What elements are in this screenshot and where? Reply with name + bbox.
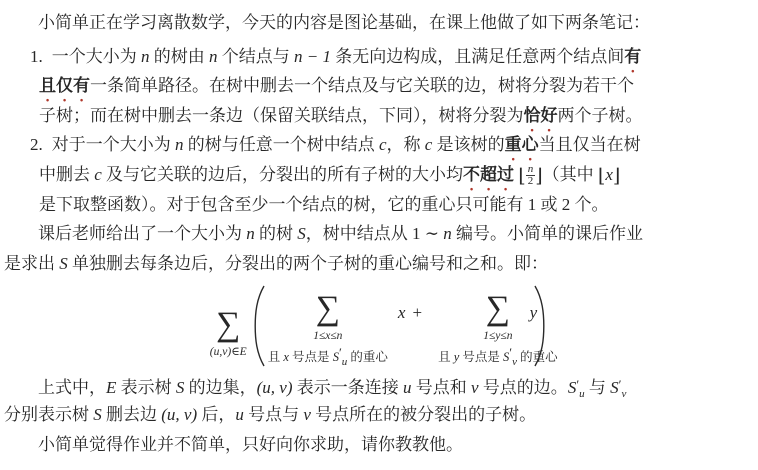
sigma-symbol: ∑ (216, 308, 240, 342)
text-run: 条无向边构成，且满足任意两个结点间 (331, 47, 624, 66)
math-var: S (93, 405, 102, 424)
big-right-paren (533, 284, 548, 368)
floor-bracket-close: ⌋ (613, 166, 620, 187)
text-run: 后， (197, 405, 235, 424)
text-run: 对于一个大小为 (52, 135, 175, 154)
text-run: 与 (585, 378, 611, 397)
text-run: 编号。小简单的课后作业 (452, 224, 643, 243)
text-run: 课后老师给出了一个大小为 (38, 224, 246, 243)
para3-line1: 上式中，E 表示树 S 的边集，(u, v) 表示一条连接 u 号点和 v 号点… (0, 370, 758, 400)
text-run: 是该树的 (432, 135, 504, 154)
note2-line1: 2.对于一个大小为 n 的树与任意一个树中结点 c，称 c 是该树的重心当且仅当… (0, 130, 758, 160)
text-run: 且 (438, 350, 454, 364)
math-expr: (u, v) (161, 405, 197, 424)
math-var: S (59, 254, 68, 273)
text-run: 号点与 (244, 405, 304, 424)
text-run: （其中 (543, 165, 598, 184)
emphasized-term: 且仅有 (39, 76, 90, 95)
text-run: 分别表示树 (4, 405, 93, 424)
text-run: 及与它关联的边后，分裂出的所有子树的大小均 (102, 165, 463, 184)
outer-sum-limits: (u,v)∈E (210, 345, 247, 359)
note1-line1: 1.一个大小为 n 的树由 n 个结点与 n − 1 条无向边构成，且满足任意两… (0, 42, 758, 72)
text-run: 表示树 (116, 378, 176, 397)
plus-operator: + (412, 302, 422, 323)
text-run: 一条简单路径。在树中删去一个结点及与它关联的边，树将分裂为若干个 (90, 76, 634, 95)
text-run: 上式中， (38, 378, 106, 397)
text-run: 是下取整函数）。对于包含至少一个结点的树，它的重心只可能有 1 或 2 个。 (39, 195, 609, 214)
text-run: 号点是 (459, 350, 503, 364)
big-left-paren (251, 284, 266, 368)
math-var: u (235, 405, 244, 424)
sigma-symbol: ∑ (486, 292, 510, 326)
intro-paragraph: 小简单正在学习离散数学，今天的内容是图论基础，在课上他做了如下两条笔记： (0, 8, 758, 38)
text-run: ，树中结点从 1 ∼ (306, 224, 444, 243)
text-run: 一个大小为 (52, 47, 141, 66)
math-var: n (141, 47, 150, 66)
list-number: 2. (30, 135, 43, 154)
emphasized-term: 不超过 (463, 165, 514, 184)
math-var: v (303, 405, 311, 424)
math-var: S (297, 224, 306, 243)
math-var: c (379, 135, 387, 154)
text-run: 号点是 (289, 350, 333, 364)
sigma-symbol: ∑ (316, 292, 340, 326)
note1-line2: 且仅有一条简单路径。在树中删去一个结点及与它关联的边，树将分裂为若干个 (0, 71, 758, 101)
emphasized-term: 有 (624, 47, 641, 66)
text-run: 子树；而在树中删去一条边（保留关联结点，下同），树将分裂为 (39, 106, 524, 125)
math-expr: (u, v) (257, 378, 293, 397)
text-run: 且 (268, 350, 284, 364)
note2-line3: 是下取整函数）。对于包含至少一个结点的树，它的重心只可能有 1 或 2 个。 (0, 190, 758, 220)
emphasized-term: 重心 (505, 135, 539, 154)
text-run: 的边集， (184, 378, 256, 397)
fraction-denominator: 2 (526, 176, 536, 187)
math-var: n (175, 135, 184, 154)
text-run: 的重心 (347, 350, 388, 364)
list-number: 1. (30, 47, 43, 66)
sum-x-range: 1≤x≤n (313, 329, 342, 343)
text-run: 号点和 (412, 378, 472, 397)
math-subscript: v (622, 388, 627, 400)
text-run: 小简单觉得作业并不简单，只好向你求助，请你教教他。 (38, 435, 463, 454)
text-run: 的树 (255, 224, 298, 243)
para2-line1: 课后老师给出了一个大小为 n 的树 S，树中结点从 1 ∼ n 编号。小简单的课… (0, 219, 758, 249)
note1-line3: 子树；而在树中删去一条边（保留关联结点，下同），树将分裂为恰好两个子树。 (0, 101, 758, 131)
text-run: ，称 (387, 135, 425, 154)
text-run: 当且仅当在树 (539, 135, 641, 154)
math-var: n (246, 224, 255, 243)
fraction-n-over-2: n2 (526, 164, 536, 187)
text-run: 是求出 (4, 254, 59, 273)
note2-line2: 中删去 c 及与它关联的边后，分裂出的所有子树的大小均不超过 ⌊n2⌋（其中 ⌊… (0, 160, 758, 190)
floor-bracket-close: ⌋ (535, 166, 542, 187)
text-run: 小简单正在学习离散数学，今天的内容是图论基础，在课上他做了如下两条笔记： (38, 13, 650, 32)
math-var: u (403, 378, 412, 397)
text-run: 删去边 (102, 405, 162, 424)
math-var: S (610, 378, 619, 397)
outer-sum: ∑ (u,v)∈E (210, 308, 247, 359)
text-run: 两个子树。 (558, 106, 643, 125)
math-var: x (605, 165, 613, 184)
document-page: 小简单正在学习离散数学，今天的内容是图论基础，在课上他做了如下两条笔记： 1.一… (0, 0, 758, 470)
sum-x-condition: 且 x 号点是 S′u 的重心 (268, 345, 388, 365)
floor-bracket-open: ⌊ (518, 166, 525, 187)
text-run: 号点所在的被分裂出的子树。 (311, 405, 536, 424)
text-run: 中删去 (39, 165, 94, 184)
text-run: 表示一条连接 (293, 378, 404, 397)
para4: 小简单觉得作业并不简单，只好向你求助，请你教教他。 (0, 430, 758, 460)
math-var: n (209, 47, 218, 66)
text-run: 的树由 (150, 47, 210, 66)
text-run: 的树与任意一个树中结点 (184, 135, 380, 154)
sum-y-range: 1≤y≤n (483, 329, 512, 343)
math-var: n (443, 224, 452, 243)
para3-line2: 分别表示树 S 删去边 (u, v) 后，u 号点与 v 号点所在的被分裂出的子… (0, 400, 758, 430)
math-var: c (94, 165, 102, 184)
emphasized-term: 恰好 (524, 106, 558, 125)
math-expr: n − 1 (294, 47, 331, 66)
para2-line2: 是求出 S 单独删去每条边后，分裂出的两个子树的重心编号和之和。即： (0, 249, 758, 279)
text-run: 个结点与 (218, 47, 295, 66)
math-var: v (471, 378, 479, 397)
text-run: 单独删去每条边后，分裂出的两个子树的重心编号和之和。即： (68, 254, 548, 273)
summand-x: x (398, 302, 406, 323)
text-run: 号点的边。 (479, 378, 568, 397)
summation-formula: ∑ (u,v)∈E ∑ 1≤x≤n 且 x 号点是 S′u 的重心 x + ∑ … (0, 278, 758, 370)
math-var: E (106, 378, 116, 397)
sum-over-x: ∑ 1≤x≤n 且 x 号点是 S′u 的重心 (268, 292, 388, 365)
